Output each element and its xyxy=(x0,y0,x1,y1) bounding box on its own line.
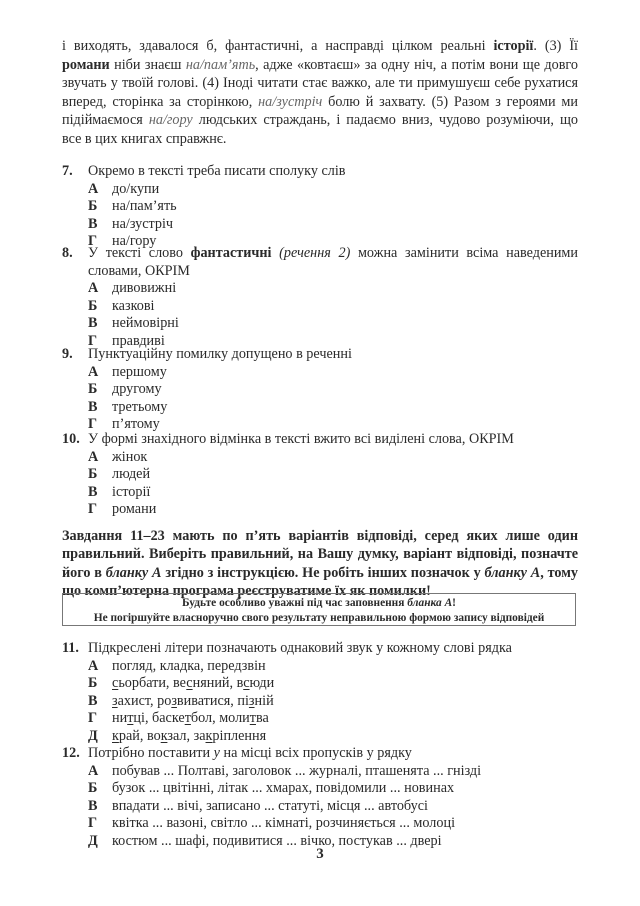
option-text: казкові xyxy=(112,298,578,316)
option-letter: Г xyxy=(88,710,112,728)
answer-option: Адивовижні xyxy=(88,280,578,298)
question-10: 10. У формі знахідного відмінка в тексті… xyxy=(62,431,578,519)
underlined-letter: з xyxy=(249,693,255,709)
underlined-letter: с xyxy=(186,675,192,691)
option-letter: А xyxy=(88,763,112,781)
option-letter: В xyxy=(88,798,112,816)
question-number: 10. xyxy=(62,431,88,449)
warning-box: Будьте особливо уважні під час заповненн… xyxy=(62,593,576,626)
underlined-letter: с xyxy=(243,675,249,691)
form-name: бланку А xyxy=(106,565,162,581)
option-letter: А xyxy=(88,449,112,467)
question-number: 12. xyxy=(62,745,88,763)
answer-option: Внеймовірні xyxy=(88,315,578,333)
option-text: неймовірні xyxy=(112,315,578,333)
option-letter: Б xyxy=(88,381,112,399)
question-text: Підкреслені літери позначають однаковий … xyxy=(88,640,578,658)
underlined-letter: к xyxy=(161,728,168,744)
reading-passage: і виходять, здавалося б, фантастичні, а … xyxy=(62,37,578,149)
answer-option: Бсьорбати, весняний, всюди xyxy=(88,675,578,693)
answer-option: Апершому xyxy=(88,364,578,382)
passage-text: . (3) Її xyxy=(533,38,578,54)
question-text-part: У тексті слово xyxy=(88,245,191,261)
option-text: історії xyxy=(112,484,578,502)
question-text: У тексті слово фантастичні (речення 2) м… xyxy=(88,245,578,280)
answer-option: Вісторії xyxy=(88,484,578,502)
option-letter: Б xyxy=(88,675,112,693)
highlighted-word: історії xyxy=(493,38,533,54)
underlined-letter: к xyxy=(206,728,213,744)
option-letter: А xyxy=(88,280,112,298)
instructions-text: згідно з інструкцією. Не робіть інших по… xyxy=(162,565,485,581)
answer-option: Дкрай, вокзал, закріплення xyxy=(88,728,578,746)
underlined-letter: д xyxy=(180,658,187,674)
question-text: У формі знахідного відмінка в тексті вжи… xyxy=(88,431,578,449)
sentence-reference: (речення 2) xyxy=(272,245,358,261)
answer-option: Адо/купи xyxy=(88,181,578,199)
option-text: побував ... Полтаві, заголовок ... журна… xyxy=(112,763,578,781)
underlined-letter: т xyxy=(185,710,191,726)
question-8: 8. У тексті слово фантастичні (речення 2… xyxy=(62,245,578,351)
option-text: людей xyxy=(112,466,578,484)
answer-option: Ббузок ... цвітінні, літак ... хмарах, п… xyxy=(88,780,578,798)
answer-option: Втретьому xyxy=(88,399,578,417)
answer-option: Вна/зустріч xyxy=(88,216,578,234)
question-number: 11. xyxy=(62,640,88,658)
italic-phrase: на/зустріч xyxy=(258,94,322,110)
highlighted-word: романи xyxy=(62,57,110,73)
answer-option: Бна/пам’ять xyxy=(88,198,578,216)
underlined-letter: з xyxy=(171,693,177,709)
option-letter: Г xyxy=(88,815,112,833)
underlined-letter: с xyxy=(112,675,118,691)
question-text-part: Потрібно поставити xyxy=(88,745,214,761)
question-12: 12. Потрібно поставити у на місці всіх п… xyxy=(62,745,578,851)
option-letter: В xyxy=(88,315,112,333)
section-instructions: Завдання 11–23 мають по п’ять варіантів … xyxy=(62,527,578,601)
option-text: сьорбати, весняний, всюди xyxy=(112,675,578,693)
question-number: 9. xyxy=(62,346,88,364)
question-text: Потрібно поставити у на місці всіх пропу… xyxy=(88,745,578,763)
option-letter: Д xyxy=(88,728,112,746)
option-letter: А xyxy=(88,364,112,382)
option-letter: Б xyxy=(88,298,112,316)
italic-phrase: на/гору xyxy=(149,112,193,128)
option-letter: Б xyxy=(88,198,112,216)
passage-text: ніби знаєш xyxy=(110,57,186,73)
underlined-letter: к xyxy=(112,728,119,744)
warning-text: ! xyxy=(452,597,456,609)
page-number: 3 xyxy=(62,846,578,863)
option-text: першому xyxy=(112,364,578,382)
question-text: Окремо в тексті треба писати сполуку слі… xyxy=(88,163,578,181)
warning-text: Будьте особливо уважні під час заповненн… xyxy=(182,597,407,609)
option-text: бузок ... цвітінні, літак ... хмарах, по… xyxy=(112,780,578,798)
answer-option: Громани xyxy=(88,501,578,519)
option-letter: Б xyxy=(88,780,112,798)
question-number: 7. xyxy=(62,163,88,181)
option-text: до/купи xyxy=(112,181,578,199)
highlighted-word: фантастичні xyxy=(191,245,272,261)
option-text: другому xyxy=(112,381,578,399)
warning-line-2: Не погіршуйте власноручно свого результа… xyxy=(63,611,575,626)
option-letter: Г xyxy=(88,501,112,519)
option-letter: В xyxy=(88,399,112,417)
underlined-letter: т xyxy=(127,710,133,726)
question-number: 8. xyxy=(62,245,88,280)
question-text-part: на місці всіх пропусків у рядку xyxy=(220,745,412,761)
question-7: 7. Окремо в тексті треба писати сполуку … xyxy=(62,163,578,251)
option-text: третьому xyxy=(112,399,578,417)
option-letter: Б xyxy=(88,466,112,484)
answer-option: Блюдей xyxy=(88,466,578,484)
answer-option: Бдругому xyxy=(88,381,578,399)
option-text: нитці, баскетбол, молитва xyxy=(112,710,578,728)
underlined-letter: д xyxy=(234,658,241,674)
italic-phrase: на/пам’ять xyxy=(186,57,255,73)
option-text: впадати ... вічі, записано ... статуті, … xyxy=(112,798,578,816)
option-letter: В xyxy=(88,216,112,234)
option-text: дивовижні xyxy=(112,280,578,298)
option-letter: А xyxy=(88,181,112,199)
options-list: Апогляд, кладка, передзвінБсьорбати, вес… xyxy=(88,658,578,746)
option-text: на/пам’ять xyxy=(112,198,578,216)
answer-option: Ввпадати ... вічі, записано ... статуті,… xyxy=(88,798,578,816)
answer-option: Взахист, розвиватися, пізній xyxy=(88,693,578,711)
option-text: край, вокзал, закріплення xyxy=(112,728,578,746)
answer-option: Бказкові xyxy=(88,298,578,316)
option-letter: А xyxy=(88,658,112,676)
question-9: 9. Пунктуаційну помилку допущено в речен… xyxy=(62,346,578,434)
answer-option: Гнитці, баскетбол, молитва xyxy=(88,710,578,728)
underlined-letter: з xyxy=(112,693,118,709)
warning-line-1: Будьте особливо уважні під час заповненн… xyxy=(63,596,575,611)
passage-text: і виходять, здавалося б, фантастичні, а … xyxy=(62,38,493,54)
underlined-letter: д xyxy=(145,658,152,674)
option-letter: В xyxy=(88,484,112,502)
question-text: Пунктуаційну помилку допущено в реченні xyxy=(88,346,578,364)
answer-option: Ажінок xyxy=(88,449,578,467)
form-name: бланку А xyxy=(484,565,540,581)
option-text: жінок xyxy=(112,449,578,467)
option-text: на/зустріч xyxy=(112,216,578,234)
option-text: захист, розвиватися, пізній xyxy=(112,693,578,711)
option-text: квітка ... вазоні, світло ... кімнаті, р… xyxy=(112,815,578,833)
option-text: погляд, кладка, передзвін xyxy=(112,658,578,676)
answer-option: Апобував ... Полтаві, заголовок ... журн… xyxy=(88,763,578,781)
answer-option: Гквітка ... вазоні, світло ... кімнаті, … xyxy=(88,815,578,833)
form-name: бланка А xyxy=(407,597,452,609)
answer-option: Апогляд, кладка, передзвін xyxy=(88,658,578,676)
question-11: 11. Підкреслені літери позначають однако… xyxy=(62,640,578,746)
option-letter: В xyxy=(88,693,112,711)
underlined-letter: т xyxy=(250,710,256,726)
option-text: романи xyxy=(112,501,578,519)
